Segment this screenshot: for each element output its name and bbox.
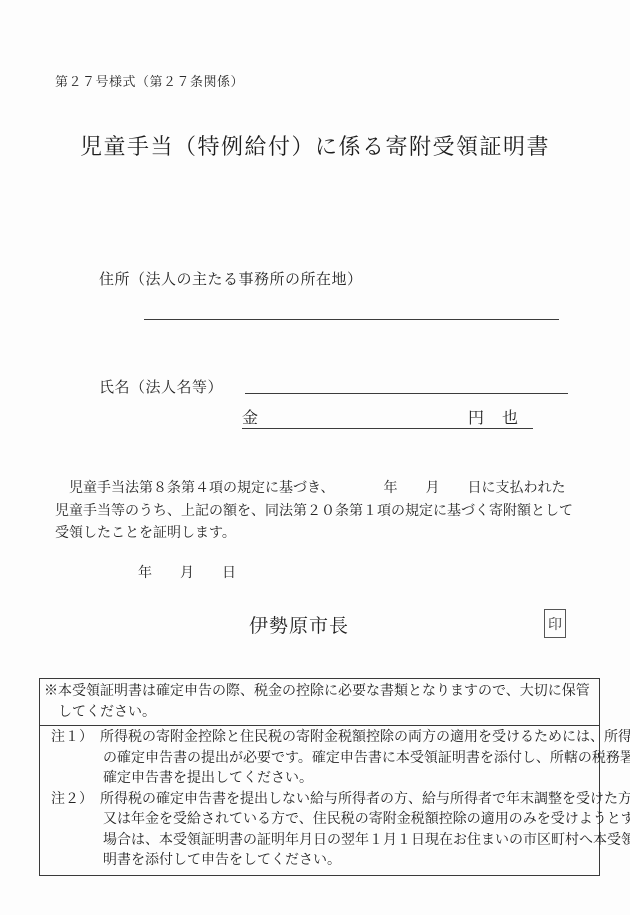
name-fill-line [245, 393, 568, 394]
amount-suffix-yen-nari: 円 也 [468, 405, 533, 428]
amount-fill-line: 金 円 也 [242, 402, 533, 429]
notice-section: ※本受領証明書は確定申告の際、税金の控除に必要な書類となりますので、大切に保管し… [40, 679, 599, 726]
seal-mark: 印 [548, 614, 562, 634]
issue-date-line: 年 月 日 [138, 562, 236, 582]
certification-statement: 児童手当法第８条第４項の規定に基づき、 年 月 日に支払われた児童手当等のうち、… [55, 478, 579, 546]
name-label: 氏名（法人名等） [99, 376, 223, 397]
issuer-title: 伊勢原市長 [249, 611, 349, 638]
address-label: 住所（法人の主たる事務所の所在地） [99, 268, 363, 289]
note-1: 注１） 所得税の寄附金控除と住民税の寄附金税額控除の両方の適用を受けるためには、… [51, 728, 630, 790]
document-page: 第２７号様式（第２７条関係） 児童手当（特例給付）に係る寄附受領証明書 住所（法… [0, 0, 630, 915]
form-number: 第２７号様式（第２７条関係） [55, 71, 244, 90]
document-title: 児童手当（特例給付）に係る寄附受領証明書 [0, 130, 630, 161]
amount-prefix-kin: 金 [242, 405, 258, 428]
notes-section: 注１） 所得税の寄附金控除と住民税の寄附金税額控除の両方の適用を受けるためには、… [40, 726, 599, 875]
note-2: 注２） 所得税の確定申告書を提出しない給与所得者の方、給与所得者で年末調整を受け… [51, 790, 630, 872]
notice-text: ※本受領証明書は確定申告の際、税金の控除に必要な書類となりますので、大切に保管し… [44, 682, 598, 723]
address-fill-line [144, 319, 559, 320]
notes-box: ※本受領証明書は確定申告の際、税金の控除に必要な書類となりますので、大切に保管し… [39, 678, 600, 876]
seal-box: 印 [544, 609, 566, 638]
